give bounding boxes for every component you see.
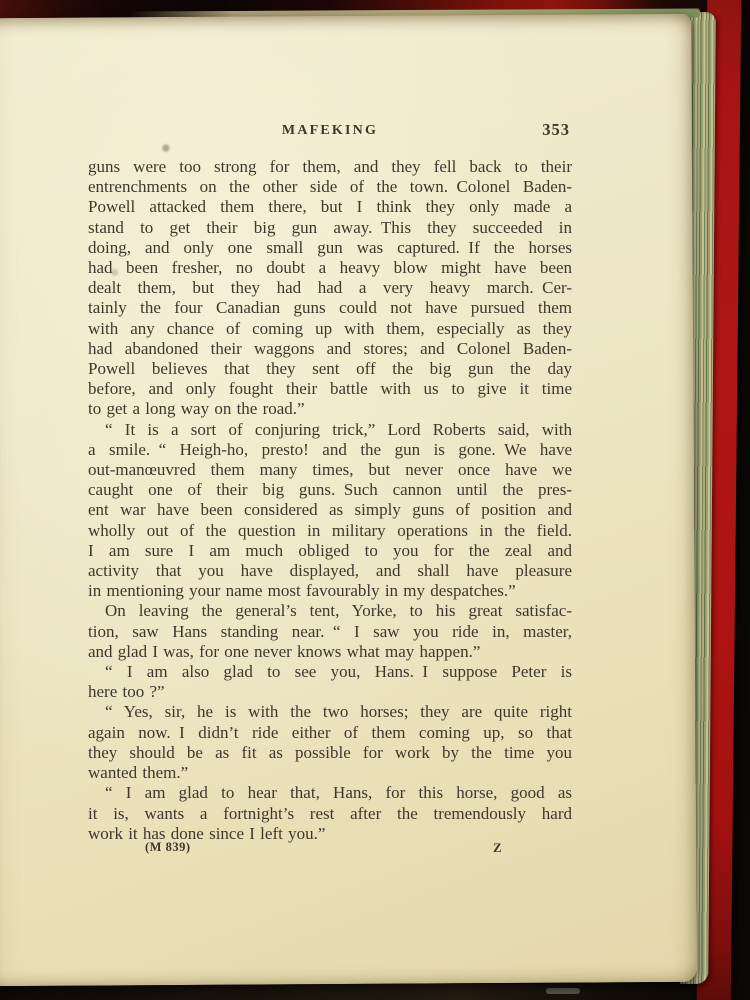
text-line: had been fresher, no doubt a heavy blow …: [88, 258, 572, 278]
text-line: ent war have been considered as simply g…: [88, 500, 572, 520]
printed-content: MAFEKING 353 guns were too strong for th…: [0, 0, 750, 1000]
running-header: MAFEKING 353: [88, 120, 572, 140]
text-line: “ Yes, sir, he is with the two horses; t…: [88, 702, 572, 722]
text-line: a smile. “ Heigh-ho, presto! and the gun…: [88, 440, 572, 460]
text-line: wanted them.”: [88, 763, 572, 783]
gathering-signature: Z: [493, 840, 502, 856]
text-line: caught one of their big guns. Such canno…: [88, 480, 572, 500]
text-line: had abandoned their waggons and stores; …: [88, 339, 572, 359]
text-line: before, and only fought their battle wit…: [88, 379, 572, 399]
page-footer: (M 839) Z: [88, 840, 572, 858]
text-line: here too ?”: [88, 682, 572, 702]
running-title: MAFEKING: [282, 123, 378, 139]
text-line: out-manœuvred them many times, but never…: [88, 460, 572, 480]
text-line: tion, saw Hans standing near. “ I saw yo…: [88, 622, 572, 642]
text-line: “ I am glad to hear that, Hans, for this…: [88, 783, 572, 803]
text-line: I am sure I am much obliged to you for t…: [88, 541, 572, 561]
page-number: 353: [542, 120, 570, 140]
text-line: Powell believes that they sent off the b…: [88, 359, 572, 379]
text-line: guns were too strong for them, and they …: [88, 157, 572, 177]
text-line: again now. I didn’t ride either of them …: [88, 723, 572, 743]
text-line: “ I am also glad to see you, Hans. I sup…: [88, 662, 572, 682]
text-line: and glad I was, for one never knows what…: [88, 642, 572, 662]
text-line: activity that you have displayed, and sh…: [88, 561, 572, 581]
text-line: entrenchments on the other side of the t…: [88, 177, 572, 197]
text-line: to get a long way on the road.”: [88, 399, 572, 419]
text-line: doing, and only one small gun was captur…: [88, 238, 572, 258]
text-line: stand to get their big gun away. This th…: [88, 218, 572, 238]
text-line: “ It is a sort of conjuring trick,” Lord…: [88, 420, 572, 440]
text-line: tainly the four Canadian guns could not …: [88, 298, 572, 318]
printer-signature: (M 839): [145, 840, 191, 855]
text-line: in mentioning your name most favourably …: [88, 581, 572, 601]
page-text: guns were too strong for them, and they …: [88, 157, 572, 844]
text-line: wholly out of the question in military o…: [88, 521, 572, 541]
text-line: On leaving the general’s tent, Yorke, to…: [88, 601, 572, 621]
text-line: they should be as fit as possible for wo…: [88, 743, 572, 763]
scanned-book-photo: MAFEKING 353 guns were too strong for th…: [0, 0, 750, 1000]
text-line: dealt them, but they had had a very heav…: [88, 278, 572, 298]
text-line: with any chance of coming up with them, …: [88, 319, 572, 339]
text-line: it is, wants a fortnight’s rest after th…: [88, 804, 572, 824]
text-line: Powell attacked them there, but I think …: [88, 197, 572, 217]
